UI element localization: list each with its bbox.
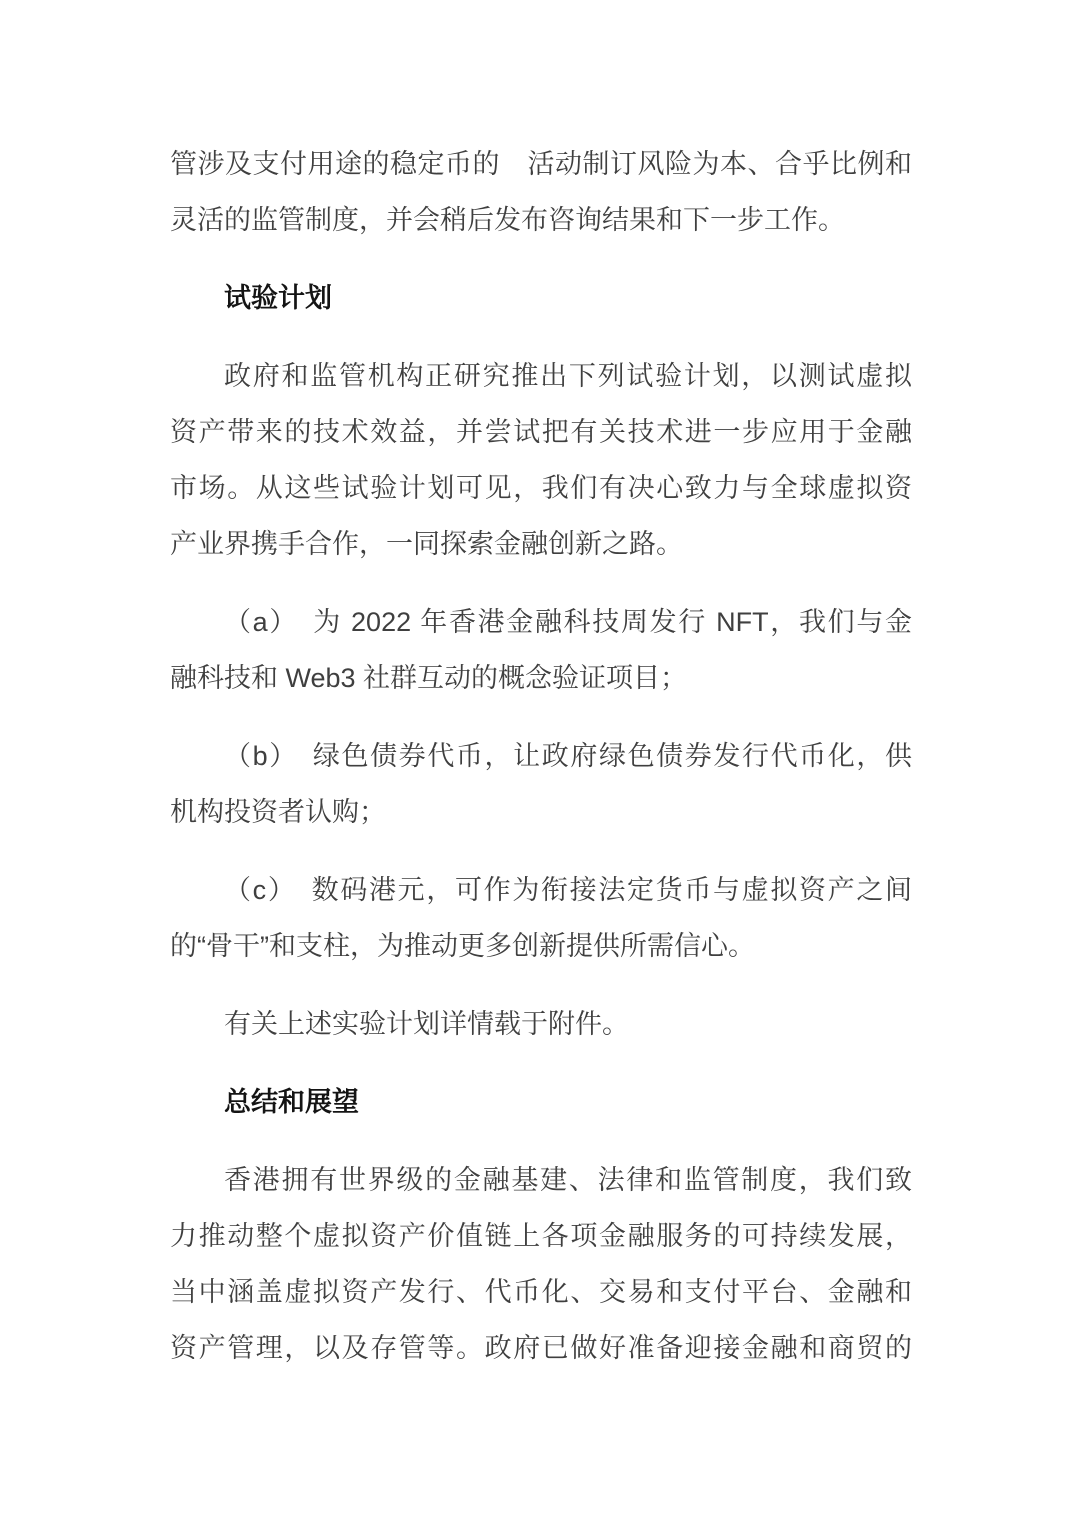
text-line: 力推动整个虚拟资产价值链上各项金融服务的可持续发展，: [170, 1208, 912, 1264]
text-line: 灵活的监管制度，并会稍后发布咨询结果和下一步工作。: [170, 192, 912, 248]
text-line: 香港拥有世界级的金融基建、法律和监管制度，我们致: [170, 1152, 912, 1208]
paragraph-conclusion: 香港拥有世界级的金融基建、法律和监管制度，我们致 力推动整个虚拟资产价值链上各项…: [170, 1152, 912, 1376]
paragraph-stablecoin-regulation: 管涉及支付用途的稳定币的 活动制订风险为本、合乎比例和 灵活的监管制度，并会稍后…: [170, 136, 912, 248]
document-body: 管涉及支付用途的稳定币的 活动制订风险为本、合乎比例和 灵活的监管制度，并会稍后…: [170, 136, 912, 1376]
paragraph-annex-note: 有关上述实验计划详情载于附件。: [170, 996, 912, 1052]
section-heading: 总结和展望: [170, 1074, 912, 1130]
heading-conclusion-outlook: 总结和展望: [170, 1074, 912, 1130]
paragraph-pilot-intro: 政府和监管机构正研究推出下列试验计划，以测试虚拟 资产带来的技术效益，并尝试把有…: [170, 348, 912, 572]
text-line: 产业界携手合作，一同探索金融创新之路。: [170, 516, 912, 572]
text-line: 资产管理，以及存管等。政府已做好准备迎接金融和商贸的: [170, 1320, 912, 1376]
text-line: （a） 为 2022 年香港金融科技周发行 NFT，我们与金: [170, 594, 912, 650]
text-line: 当中涵盖虚拟资产发行、代币化、交易和支付平台、金融和: [170, 1264, 912, 1320]
text-line: （c） 数码港元，可作为衔接法定货币与虚拟资产之间: [170, 862, 912, 918]
text-line: 有关上述实验计划详情载于附件。: [170, 996, 912, 1052]
list-item-b-green-bond: （b） 绿色债券代币，让政府绿色债券发行代币化，供 机构投资者认购；: [170, 728, 912, 840]
document-page: 管涉及支付用途的稳定币的 活动制订风险为本、合乎比例和 灵活的监管制度，并会稍后…: [0, 0, 1080, 1527]
text-line: 资产带来的技术效益，并尝试把有关技术进一步应用于金融: [170, 404, 912, 460]
text-line: 市场。从这些试验计划可见，我们有决心致力与全球虚拟资: [170, 460, 912, 516]
text-line: 机构投资者认购；: [170, 784, 912, 840]
text-line: 的“骨干”和支柱，为推动更多创新提供所需信心。: [170, 918, 912, 974]
section-heading: 试验计划: [170, 270, 912, 326]
text-line: 融科技和 Web3 社群互动的概念验证项目；: [170, 650, 912, 706]
text-line: 政府和监管机构正研究推出下列试验计划，以测试虚拟: [170, 348, 912, 404]
list-item-c-e-hkd: （c） 数码港元，可作为衔接法定货币与虚拟资产之间 的“骨干”和支柱，为推动更多…: [170, 862, 912, 974]
heading-pilot-projects: 试验计划: [170, 270, 912, 326]
text-line: （b） 绿色债券代币，让政府绿色债券发行代币化，供: [170, 728, 912, 784]
list-item-a-nft: （a） 为 2022 年香港金融科技周发行 NFT，我们与金 融科技和 Web3…: [170, 594, 912, 706]
text-line: 管涉及支付用途的稳定币的 活动制订风险为本、合乎比例和: [170, 136, 912, 192]
